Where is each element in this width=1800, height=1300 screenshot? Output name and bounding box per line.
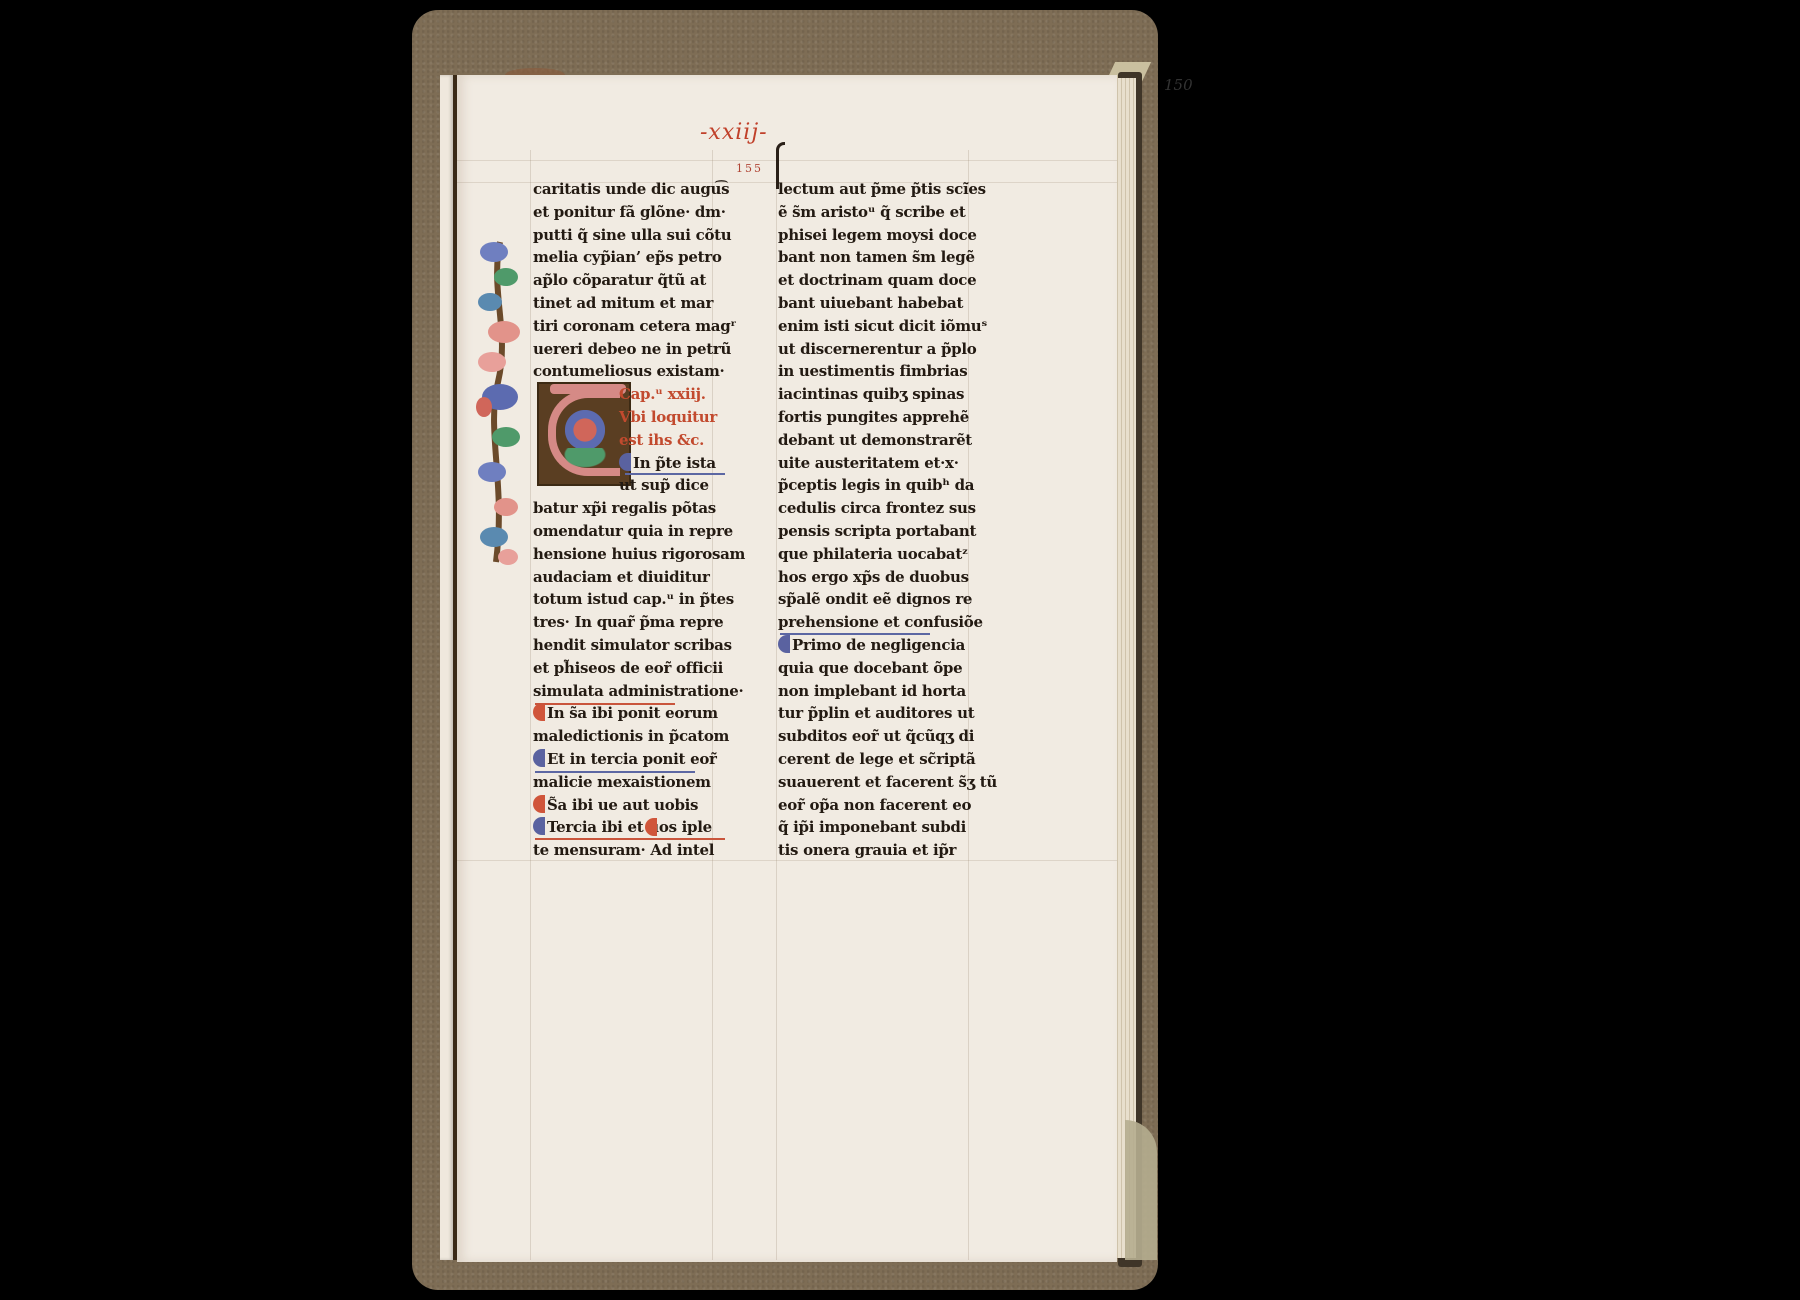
text-line: In p̃te ista (533, 452, 743, 475)
chapter-rubric: Cap.ᵘ xxiij. (533, 383, 743, 406)
text-line: pensis scripta portabant (778, 520, 978, 543)
text-line: quia que docebant õpe (778, 657, 978, 680)
lombard-initial-blue (533, 749, 545, 767)
text-line: totum istud cap.ᵘ in p̃tes (533, 588, 743, 611)
text-line: omendatur quia in repre (533, 520, 743, 543)
text-line: hos ergo xp̃s de duobus (778, 566, 978, 589)
text-line: cerent de lege et sc̃riptã (778, 748, 978, 771)
text-column-right: lectum aut p̃me p̃tis scĩes ẽ s̃m aris… (778, 178, 978, 862)
text-line: maledictionis in p̃catom (533, 725, 743, 748)
rubric-underline (535, 838, 725, 840)
text-line: iacintinas quibʒ spinas (778, 383, 978, 406)
text-line: uereri debeo ne in petrũ (533, 338, 743, 361)
chapter-rubric: Vbi loquitur (533, 406, 743, 429)
floral-border-icon (470, 232, 530, 572)
text-line: enim isti sicut dicit iõmuˢ (778, 315, 978, 338)
verso-page-edge (440, 75, 454, 1260)
text-line: subditos eor̃ ut q̃cũqʒ di (778, 725, 978, 748)
text-line: bant uiuebant habebat (778, 292, 978, 315)
lombard-initial-red (645, 818, 657, 836)
text-line: ẽ s̃m aristoᵘ q̃ scribe et (778, 201, 978, 224)
folio-number: 150 (1164, 76, 1193, 94)
text-line-content: In s̃a ibi ponit eorum (547, 704, 718, 722)
rubric-underline (535, 771, 695, 773)
text-line: ut discernerentur a p̃plo (778, 338, 978, 361)
lombard-initial-blue (619, 453, 631, 471)
text-line: eor̃ op̃a non facerent eo (778, 794, 978, 817)
text-line: hensione huius rigorosam (533, 543, 743, 566)
lombard-initial-red (533, 795, 545, 813)
text-line: ut sup̃ dice (533, 474, 743, 497)
text-line: audaciam et diuiditur (533, 566, 743, 589)
text-line-content: Primo de negligencia (792, 636, 965, 654)
text-line: uite austeritatem et·x· (778, 452, 978, 475)
text-line-content: Et in tercia ponit eor̃ (547, 750, 717, 768)
text-line: simulata administratione· (533, 680, 743, 703)
text-line: ap̃lo cõparatur q̃tũ at (533, 269, 743, 292)
text-line: tis onera grauia et ip̃r (778, 839, 978, 862)
page-corner-fold (1125, 1120, 1157, 1260)
text-line: Et in tercia ponit eor̃ (533, 748, 743, 771)
text-line: putti q̃ sine ulla sui cõtu (533, 224, 743, 247)
quire-number: 155 (736, 162, 763, 175)
text-line: et ponitur fã glõne· dm· (533, 201, 743, 224)
text-line: Tercia ibi et uos iple (533, 816, 743, 839)
text-line: sp̃alẽ ondit eẽ dignos re (778, 588, 978, 611)
text-line: et ph̃iseos de eor̃ officii (533, 657, 743, 680)
text-line: tinet ad mitum et mar (533, 292, 743, 315)
text-line: Primo de negligencia (778, 634, 978, 657)
text-line: batur xp̃i regalis põtas (533, 497, 743, 520)
chapter-rubric: est ihs &c. (533, 429, 743, 452)
ruling-line (530, 150, 531, 1260)
lombard-initial-blue (778, 635, 790, 653)
running-head: -xxiij- (700, 120, 768, 145)
ruling-line (457, 160, 1117, 161)
rubric-underline (625, 473, 725, 475)
rubric-underline (780, 633, 930, 635)
text-line: tres· In quar̃ p̃ma repre (533, 611, 743, 634)
text-line: p̃ceptis legis in quibʰ da (778, 474, 978, 497)
text-line: contumeliosus existam· (533, 360, 743, 383)
lombard-initial-blue (533, 817, 545, 835)
text-line: In s̃a ibi ponit eorum (533, 702, 743, 725)
text-line: fortis pungites apprehẽ (778, 406, 978, 429)
text-line-content: S̃a ibi ue aut uobis (547, 796, 698, 814)
text-line-content: Tercia ibi et uos iple (547, 818, 712, 836)
text-line: non implebant id horta (778, 680, 978, 703)
rubric-underline (535, 703, 675, 705)
text-line: tur p̃plin et auditores ut (778, 702, 978, 725)
text-line: prehensione et confusiõe (778, 611, 978, 634)
text-line-content: In p̃te ista (633, 454, 716, 472)
text-line: q̃ ip̃i imponebant subdi (778, 816, 978, 839)
text-line: cedulis circa frontez sus (778, 497, 978, 520)
text-line: suauerent et facerent s̃ʒ tũ (778, 771, 978, 794)
text-line: in uestimentis fimbrias (778, 360, 978, 383)
text-column-left: caritatis unde dic augu͡s et ponitur fã… (533, 178, 743, 862)
text-line: et doctrinam quam doce (778, 269, 978, 292)
text-line: te mensuram· Ad intel (533, 839, 743, 862)
text-line: debant ut demonstrarẽt (778, 429, 978, 452)
text-line: que philateria uocabatᶻ (778, 543, 978, 566)
text-line: hendit simulator scribas (533, 634, 743, 657)
text-line: S̃a ibi ue aut uobis (533, 794, 743, 817)
text-line: phisei legem moysi doce (778, 224, 978, 247)
text-line: melia cyp̃ian’ ep̃s petro (533, 246, 743, 269)
text-line: caritatis unde dic augu͡s (533, 178, 743, 201)
text-line: lectum aut p̃me p̃tis scĩes (778, 178, 978, 201)
text-line: tiri coronam cetera magʳ (533, 315, 743, 338)
ruling-line (776, 150, 777, 1260)
text-line: bant non tamen s̃m legẽ (778, 246, 978, 269)
text-line: malicie mexaistionem (533, 771, 743, 794)
lombard-initial-red (533, 703, 545, 721)
